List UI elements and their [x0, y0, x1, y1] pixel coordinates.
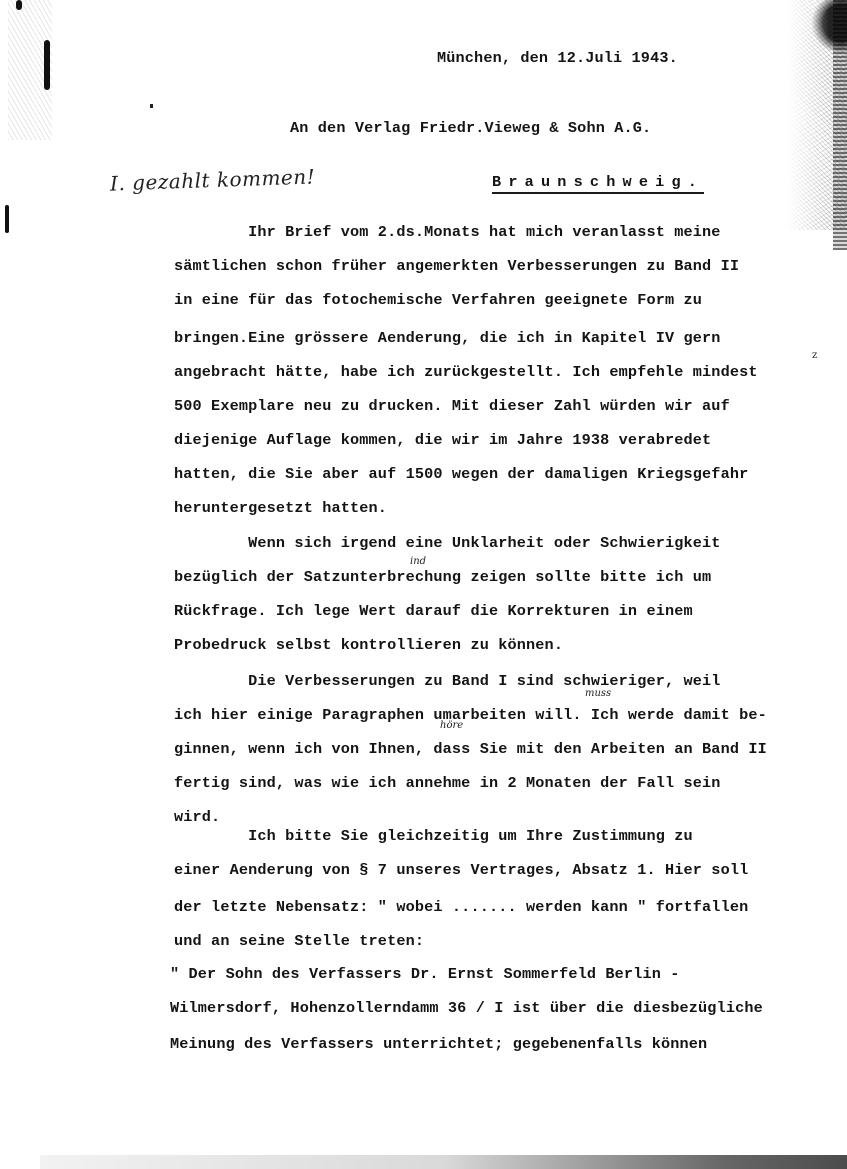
body-line: bezüglich der Satzunterbrechung zeigen s… — [174, 567, 711, 587]
handwritten-margin-note: I. gezahlt kommen! — [110, 164, 316, 195]
punch-mark-left — [5, 205, 9, 233]
body-line: fertig sind, was wie ich annehme in 2 Mo… — [174, 773, 721, 793]
date-line: München, den 12.Juli 1943. — [437, 48, 678, 68]
body-line: sämtlichen schon früher angemerkten Verb… — [174, 256, 739, 276]
body-line: wird. — [174, 807, 220, 827]
body-line: diejenige Auflage kommen, die wir im Jah… — [174, 430, 711, 450]
body-line: Ihr Brief vom 2.ds.Monats hat mich veran… — [174, 222, 721, 242]
body-line: 500 Exemplare neu zu drucken. Mit dieser… — [174, 396, 730, 416]
corner-mark — [16, 0, 22, 10]
recipient-city: Braunschweig. — [492, 172, 704, 194]
body-line: hatten, die Sie aber auf 1500 wegen der … — [174, 464, 748, 484]
body-line: in eine für das fotochemische Verfahren … — [174, 290, 702, 310]
body-line: bringen.Eine grössere Aenderung, die ich… — [174, 328, 721, 348]
body-line: und an seine Stelle treten: — [174, 931, 424, 951]
body-line: Wenn sich irgend eine Unklarheit oder Sc… — [174, 533, 721, 553]
body-line: " Der Sohn des Verfassers Dr. Ernst Somm… — [170, 964, 680, 984]
body-line: ginnen, wenn ich von Ihnen, dass Sie mit… — [174, 739, 767, 759]
body-line: Ich bitte Sie gleichzeitig um Ihre Zusti… — [174, 826, 693, 846]
scan-edge-right — [833, 0, 847, 250]
body-line: einer Aenderung von § 7 unseres Vertrage… — [174, 860, 748, 880]
body-line: Probedruck selbst kontrollieren zu könne… — [174, 635, 563, 655]
handwritten-insertion: z — [812, 350, 817, 361]
letter-page: München, den 12.Juli 1943. An den Verlag… — [0, 0, 847, 1169]
body-line: Rückfrage. Ich lege Wert darauf die Korr… — [174, 601, 693, 621]
body-line: Die Verbesserungen zu Band I sind schwie… — [174, 671, 721, 691]
handwritten-insertion: höre — [440, 720, 463, 731]
punch-mark-top-left — [44, 40, 50, 90]
body-line: heruntergesetzt hatten. — [174, 498, 387, 518]
recipient-address: An den Verlag Friedr.Vieweg & Sohn A.G. — [290, 118, 651, 138]
handwritten-insertion: muss — [585, 688, 611, 699]
handwritten-insertion: ind — [410, 556, 426, 567]
body-line: Meinung des Verfassers unterrichtet; geg… — [170, 1034, 707, 1054]
body-line: der letzte Nebensatz: " wobei ....... we… — [174, 897, 748, 917]
scan-edge-bottom — [40, 1155, 847, 1169]
body-line: ich hier einige Paragraphen umarbeiten w… — [174, 705, 767, 725]
scan-dot — [150, 104, 153, 108]
body-line: angebracht hätte, habe ich zurückgestell… — [174, 362, 758, 382]
body-line: Wilmersdorf, Hohenzollerndamm 36 / I ist… — [170, 998, 763, 1018]
